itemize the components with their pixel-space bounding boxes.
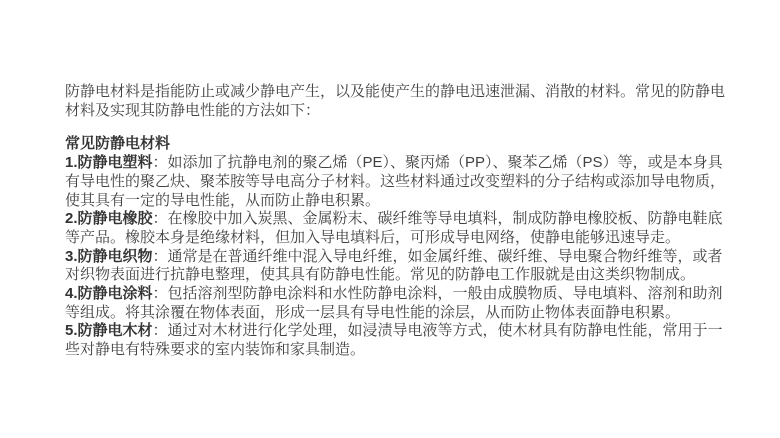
material-item-rubber-label: 2.防静电橡胶 xyxy=(65,210,153,227)
material-item-rubber-separator: ： xyxy=(153,210,168,227)
document-body: 防静电材料是指能防止或减少静电产生，以及能使产生的静电迅速泄漏、消散的材料。常见… xyxy=(65,83,727,360)
material-item-coating-label: 4.防静电涂料 xyxy=(65,285,153,302)
material-item-wood-label: 5.防静电木材 xyxy=(65,322,153,339)
material-item-plastic-separator: ： xyxy=(153,154,168,171)
material-item-coating-separator: ： xyxy=(153,285,168,302)
section-heading: 常见防静电材料 xyxy=(65,135,727,154)
material-item-plastic-label: 1.防静电塑料 xyxy=(65,154,153,171)
material-item-wood-separator: ： xyxy=(153,322,168,339)
material-item-wood: 5.防静电木材：通过对木材进行化学处理，如浸渍导电液等方式，使木材具有防静电性能… xyxy=(65,322,727,359)
page: { "colors": { "background": "#ffffff", "… xyxy=(0,0,780,438)
material-item-plastic: 1.防静电塑料：如添加了抗静电剂的聚乙烯（PE）、聚丙烯（PP）、聚苯乙烯（PS… xyxy=(65,154,727,210)
material-item-coating: 4.防静电涂料：包括溶剂型防静电涂料和水性防静电涂料，一般由成膜物质、导电填料、… xyxy=(65,285,727,322)
material-item-fabric-separator: ： xyxy=(153,248,168,265)
material-item-rubber: 2.防静电橡胶：在橡胶中加入炭黑、金属粉末、碳纤维等导电填料，制成防静电橡胶板、… xyxy=(65,210,727,247)
intro-paragraph: 防静电材料是指能防止或减少静电产生，以及能使产生的静电迅速泄漏、消散的材料。常见… xyxy=(65,83,727,120)
material-item-fabric-label: 3.防静电织物 xyxy=(65,248,153,265)
material-item-fabric: 3.防静电织物：通常是在普通纤维中混入导电纤维，如金属纤维、碳纤维、导电聚合物纤… xyxy=(65,248,727,285)
